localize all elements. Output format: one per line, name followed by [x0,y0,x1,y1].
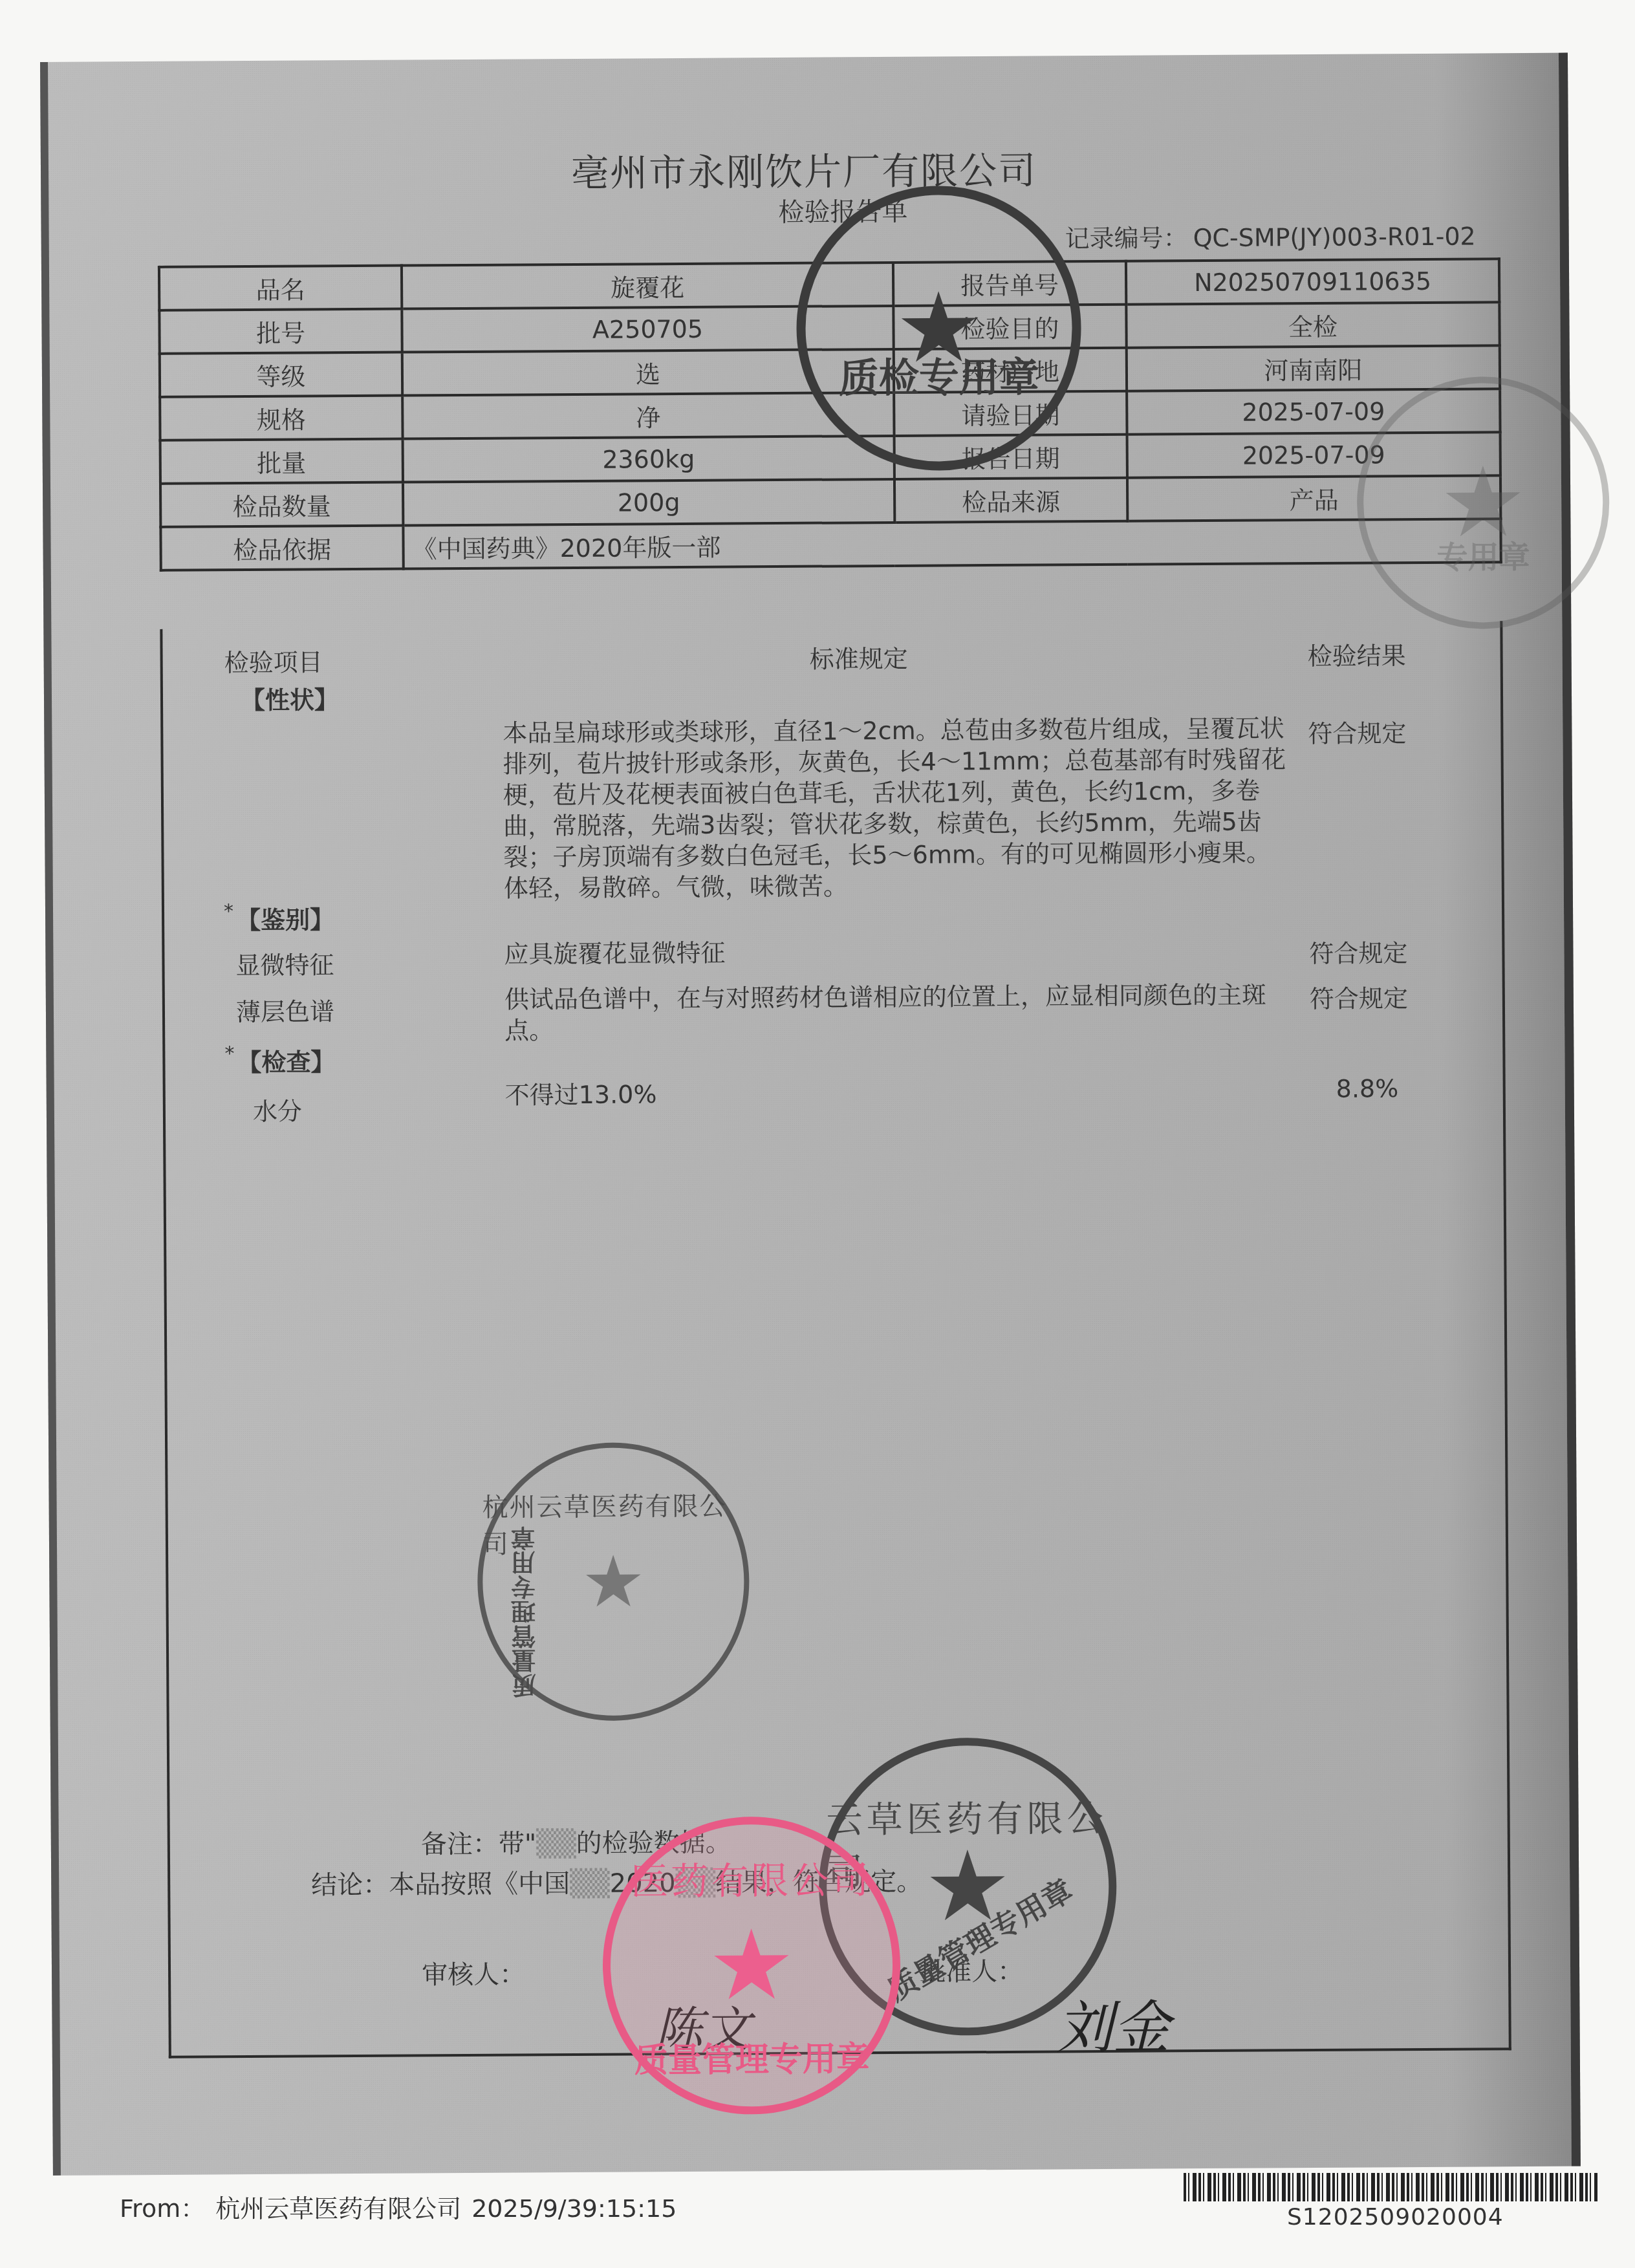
field-label: 规格 [160,396,402,440]
fax-header-line: From：杭州云草医药有限公司2025/9/39:15:15 [120,2188,687,2224]
field-label: 批号 [159,309,402,354]
record-number-label: 记录编号： [1065,224,1187,253]
basis-label: 检品依据 [160,526,403,570]
standard-text: 应具旋覆花显微特征 [504,934,1293,969]
standard-text: 不得过13.0% [505,1075,1294,1110]
fax-timestamp: 2025/9/39:15:15 [471,2194,677,2223]
field-value: 200g [403,479,894,526]
star-icon: ★ [708,1917,795,2014]
item-name: 显微特征 [235,945,334,981]
standard-text: 本品呈扁球形或类球形，直径1～2cm。总苞由多数苞片组成，呈覆瓦状排列，苞片披针… [503,713,1293,903]
barcode-icon [1184,2173,1597,2201]
result-value: 8.8% [1336,1074,1399,1103]
required-mark: * [224,1042,234,1065]
qc-seal-stamp: ★ 质检专用章 [796,185,1082,471]
reviewer-label: 审核人： [422,1954,525,1991]
field-label: 品名 [159,266,402,310]
field-value: 全检 [1126,302,1499,348]
field-value: N20250709110635 [1126,259,1499,305]
result-value: 符合规定 [1309,933,1407,969]
item-name: 薄层色谱 [236,991,334,1028]
table-row: 批量 2360kg 报告日期 2025-07-09 [160,432,1500,484]
required-mark: * [224,900,233,923]
section-title-inspection: *【检查】 [224,1042,335,1078]
section-title-identification: *【鉴别】 [224,900,334,936]
field-label: 检品数量 [160,482,403,527]
record-number-value: QC-SMP(JY)003-R01-02 [1193,222,1475,252]
standard-text: 供试品色谱中，在与对照药材色谱相应的位置上，应显相同颜色的主斑点。 [504,979,1294,1046]
faint-seal-stamp: ★ 专用章 [1356,376,1610,629]
table-row-basis: 检品依据 《中国药典》2020年版一部 [160,519,1500,570]
column-header-standard: 标准规定 [809,639,907,675]
hangzhou-seal-stamp: 杭州云草医药有限公司 质量管理专用章 ★ [477,1442,750,1722]
result-value: 符合规定 [1310,978,1408,1015]
basis-value: 《中国药典》2020年版一部 [403,519,1500,568]
fax-from-label: From： [120,2194,205,2223]
field-label: 检品来源 [894,478,1127,523]
item-name: 水分 [253,1092,302,1127]
table-row: 检品数量 200g 检品来源 产品 [160,475,1500,527]
fax-from-company: 杭州云草医药有限公司 [215,2194,461,2223]
barcode-number: S1202509020004 [1287,2204,1504,2230]
field-label: 批量 [160,439,403,484]
field-label: 等级 [160,352,402,397]
column-header-item: 检验项目 [224,642,322,678]
record-number: 记录编号：QC-SMP(JY)003-R01-02 [1065,216,1475,254]
approver-signature: 刘金 [1056,1982,1170,2064]
red-quality-seal-stamp: 医药有限公司 ★ 质量管理专用章 [602,1816,902,2115]
field-value: 2360kg [403,436,894,482]
result-value: 符合规定 [1308,713,1406,750]
section-title-appearance: 【性状】 [241,680,339,716]
scanned-report-sheet: 亳州市永刚饮片厂有限公司 检验报告单 记录编号：QC-SMP(JY)003-R0… [40,53,1581,2176]
column-header-result: 检验结果 [1307,636,1405,672]
